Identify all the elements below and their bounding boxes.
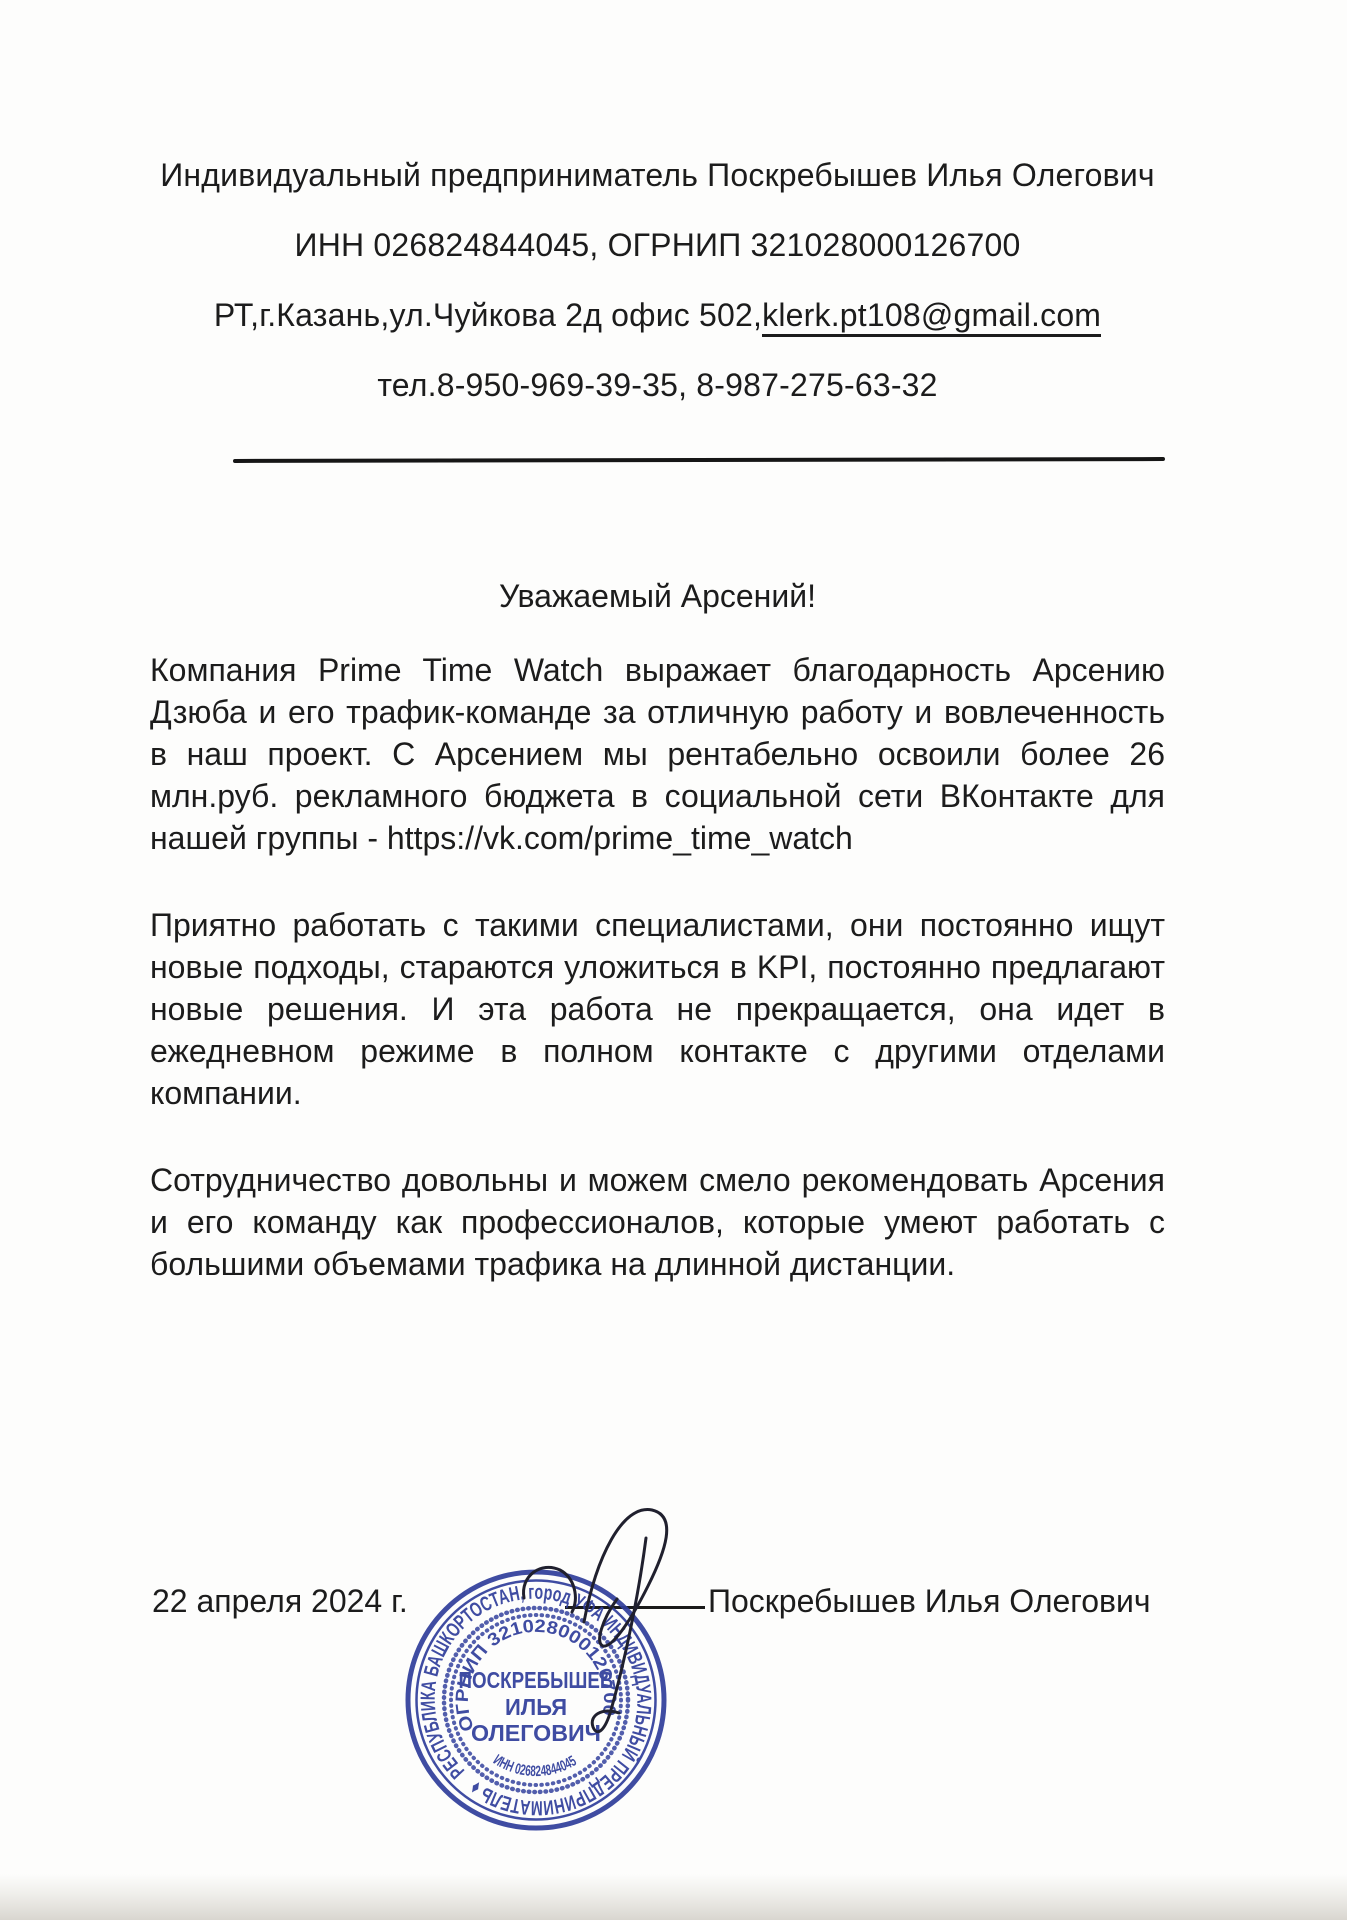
- letterhead-address: РТ,г.Казань,ул.Чуйкова 2д офис 502,: [214, 297, 762, 333]
- salutation: Уважаемый Арсений!: [150, 575, 1165, 617]
- letterhead-inn-ogrnip: ИНН 026824844045, ОГРНИП 321028000126700: [150, 210, 1165, 280]
- letterhead-email: klerk.pt108@gmail.com: [762, 297, 1101, 337]
- svg-text:ИНН 026824844045: ИНН 026824844045: [490, 1751, 579, 1780]
- letter-date: 22 апреля 2024 г.: [152, 1580, 408, 1622]
- letterhead: Индивидуальный предприниматель Поскребыш…: [150, 140, 1165, 420]
- paragraph-3: Сотрудничество довольны и можем смело ре…: [150, 1159, 1165, 1285]
- letterhead-address-email: РТ,г.Казань,ул.Чуйкова 2д офис 502,klerk…: [150, 280, 1165, 350]
- letter-body: Компания Prime Time Watch выражает благо…: [150, 649, 1165, 1285]
- stamp-name-line3: ОЛЕГОВИЧ: [471, 1720, 601, 1746]
- company-stamp-icon: РЕСПУБЛИКА БАШКОРТОСТАН, город УФА ИНДИВ…: [396, 1560, 676, 1840]
- letterhead-entrepreneur-name: Индивидуальный предприниматель Поскребыш…: [150, 140, 1165, 210]
- signer-name: Поскребышев Илья Олегович: [708, 1580, 1151, 1622]
- paragraph-1: Компания Prime Time Watch выражает благо…: [150, 649, 1165, 859]
- stamp-name-line1: ПОСКРЕБЫШЕВ: [459, 1667, 614, 1693]
- letterhead-phones: тел.8-950-969-39-35, 8-987-275-63-32: [150, 350, 1165, 420]
- header-divider: [233, 457, 1165, 463]
- stamp-name-line2: ИЛЬЯ: [505, 1694, 567, 1720]
- scan-edge-shadow: [0, 1874, 1347, 1920]
- paragraph-2: Приятно работать с такими специалистами,…: [150, 904, 1165, 1114]
- scanned-letter-page: Индивидуальный предприниматель Поскребыш…: [0, 0, 1347, 1920]
- stamp-inn-text: ИНН 026824844045: [490, 1751, 579, 1780]
